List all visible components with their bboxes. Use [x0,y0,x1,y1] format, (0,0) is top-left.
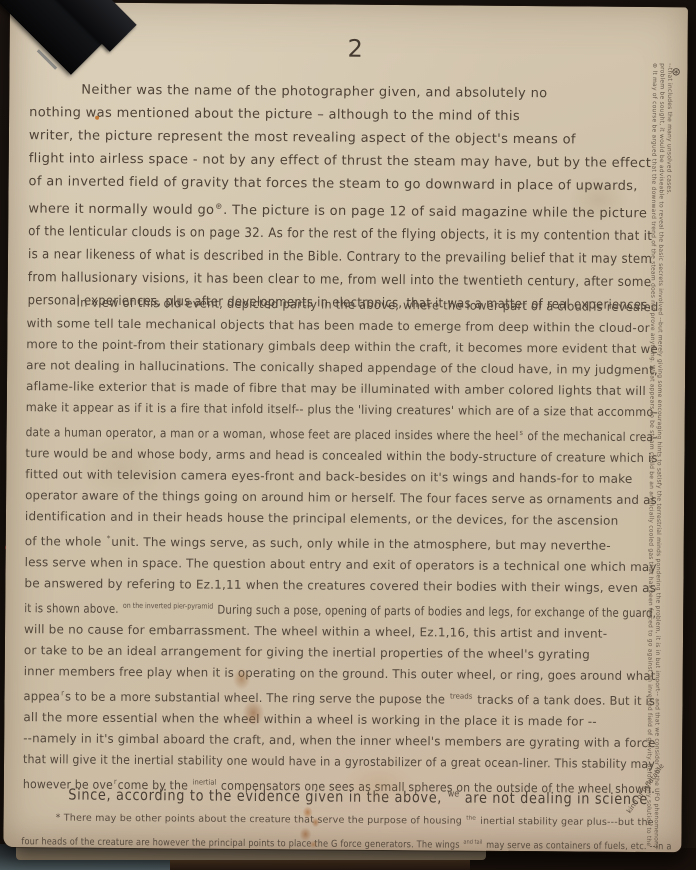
orange-speck [95,116,99,120]
interlinear-insertion: we [448,788,459,799]
footnote: * There may be other points about the cr… [21,805,671,852]
page-number: 2 [336,35,376,63]
interlinear-insertion: r [61,688,64,697]
photograph-of-document: 2 ⊛ Neither was the name of the photogra… [0,0,696,870]
margin-annotation: ⊛ It may of course be argued that the do… [644,63,688,849]
paragraph-2: In view of this old event, depicted part… [23,292,659,800]
interlinear-insertion: * [107,534,111,543]
interlinear-insertion: ⊛ [215,202,222,211]
paragraph-1: Neither was the name of the photographer… [28,78,654,317]
interlinear-insertion: and tail [463,839,482,845]
paper-sheet: 2 ⊛ Neither was the name of the photogra… [3,2,688,852]
interlinear-insertion: treads [450,691,473,700]
interlinear-insertion: on the inverted pier-pyramid [123,601,213,611]
interlinear-insertion: the [466,816,476,822]
interlinear-insertion: s [519,428,523,437]
